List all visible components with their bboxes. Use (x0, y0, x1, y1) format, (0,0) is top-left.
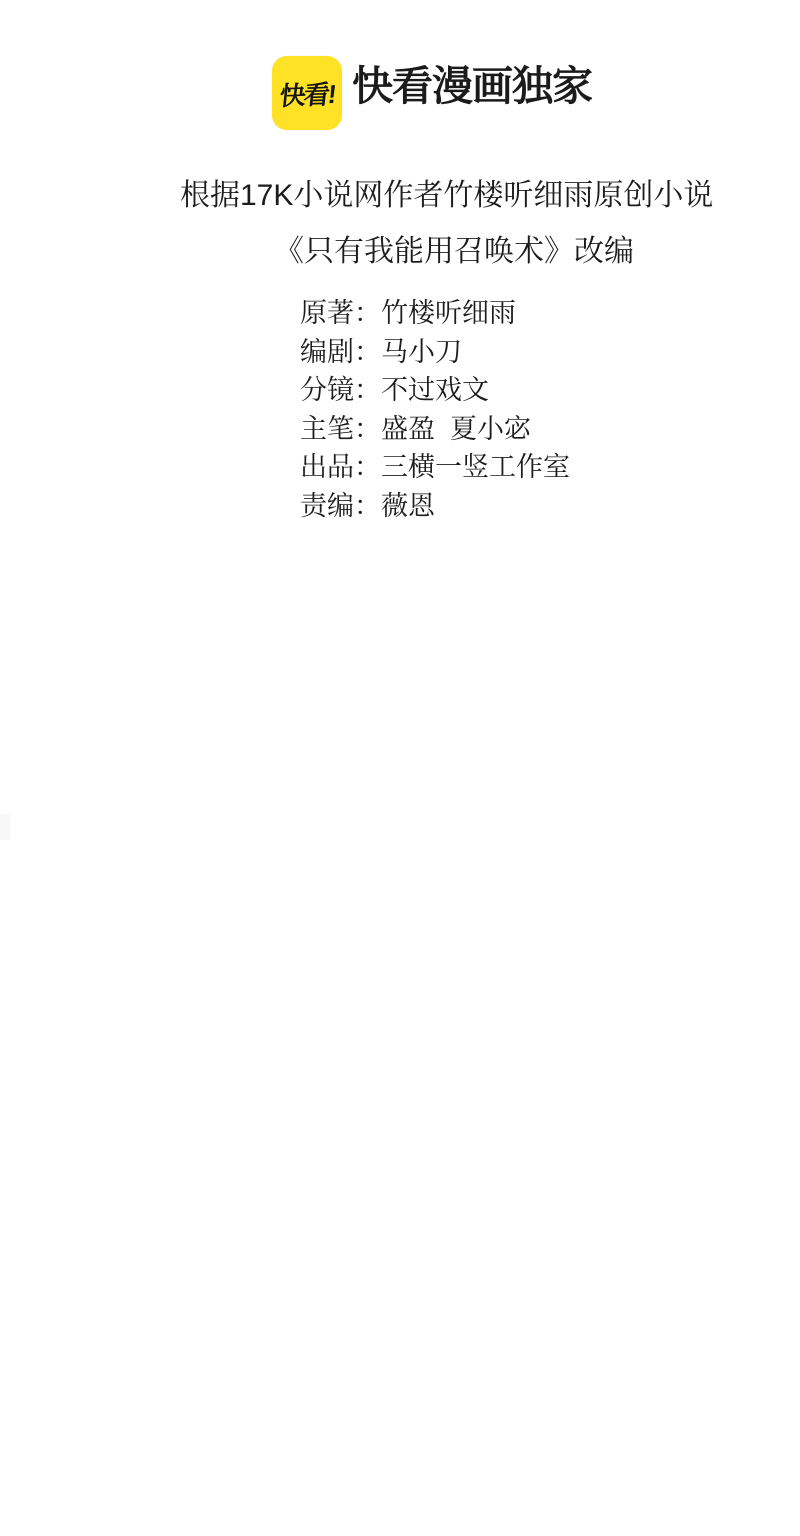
credit-value: 盛盈 夏小宓 (381, 414, 531, 444)
kuaikan-logo-icon: 快看! (278, 74, 337, 113)
credit-label: 主笔： (300, 414, 381, 444)
credit-row: 编剧：马小刀 (300, 333, 570, 372)
credit-label: 出品： (300, 452, 381, 482)
credit-label: 原著： (300, 298, 381, 328)
credit-value: 马小刀 (381, 337, 462, 367)
kuaikan-logo: 快看! (272, 56, 342, 130)
credit-value: 不过戏文 (381, 375, 489, 405)
adaptation-work-title-line: 《只有我能用召唤术》改编 (274, 226, 634, 270)
credit-value: 三横一竖工作室 (381, 452, 570, 482)
adaptation-source-line: 根据17K小说网作者竹楼听细雨原创小说 (180, 170, 713, 214)
credit-row: 原著：竹楼听细雨 (300, 294, 570, 333)
credit-value: 薇恩 (381, 491, 435, 521)
credits-list: 原著：竹楼听细雨编剧：马小刀分镜：不过戏文主笔：盛盈 夏小宓出品：三横一竖工作室… (300, 294, 570, 525)
credit-row: 出品：三横一竖工作室 (300, 448, 570, 487)
credit-row: 分镜：不过戏文 (300, 371, 570, 410)
credit-value: 竹楼听细雨 (381, 298, 516, 328)
credit-label: 责编： (300, 491, 381, 521)
credit-label: 分镜： (300, 375, 381, 405)
credit-label: 编剧： (300, 337, 381, 367)
brand-title: 快看漫画独家 (352, 64, 592, 109)
comic-credits-page: 快看! 快看漫画独家 根据17K小说网作者竹楼听细雨原创小说 《只有我能用召唤术… (0, 0, 800, 1536)
page-edge-artifact (0, 814, 10, 840)
credit-row: 主笔：盛盈 夏小宓 (300, 410, 570, 449)
credit-row: 责编：薇恩 (300, 487, 570, 526)
